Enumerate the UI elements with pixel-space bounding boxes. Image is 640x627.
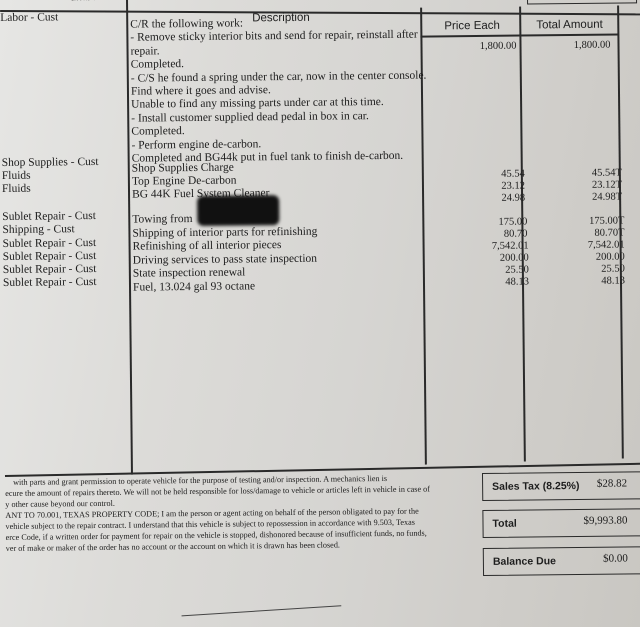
line-item-category: Sublet Repair - Cust xyxy=(2,210,96,224)
header-top-rule xyxy=(0,10,640,15)
price-each-cell: 48.13 xyxy=(443,275,529,289)
balance-due-box: Balance Due $0.00 xyxy=(483,546,640,576)
line-item-category: Shop Supplies - Cust xyxy=(2,156,99,170)
total-cell: 1,800.00 xyxy=(530,39,610,53)
number-header-fragment: umber xyxy=(70,0,101,3)
column-header-price-each: Price Each xyxy=(444,20,500,33)
price-each-cell: 24.98 xyxy=(442,192,525,206)
line-item-category: Fluids xyxy=(2,183,31,197)
line-item-category: Fluids xyxy=(2,170,31,184)
total-cell: 48.13 xyxy=(533,274,625,288)
sales-tax-value: $28.82 xyxy=(597,477,627,489)
total-cell: 24.98T xyxy=(532,190,622,204)
invoice-page: umber Due Upon Receipt Description Price… xyxy=(0,0,640,627)
line-item-description: Refinishing of all interior pieces xyxy=(133,239,282,254)
line-item-category: Sublet Repair - Cust xyxy=(3,276,97,290)
line-item-description: State inspection renewal xyxy=(133,266,246,281)
redaction-mark xyxy=(197,195,279,226)
line-item-category: Shipping - Cust xyxy=(2,223,74,237)
balance-due-value: $0.00 xyxy=(603,552,628,564)
total-label: Total xyxy=(492,518,516,530)
line-item-description: Towing from xyxy=(132,213,192,227)
line-item-category: Labor - Cust xyxy=(0,11,58,25)
column-header-total-amount: Total Amount xyxy=(536,19,603,32)
balance-due-label: Balance Due xyxy=(493,555,556,568)
labor-description-block: C/R the following work: - Remove sticky … xyxy=(130,16,427,167)
legal-disclaimer: with parts and grant permission to opera… xyxy=(5,472,476,554)
total-box: Total $9,993.80 xyxy=(482,508,640,538)
line-item-description: Fuel, 13.024 gal 93 octane xyxy=(133,280,255,295)
due-terms-box: Due Upon Receipt xyxy=(527,0,637,4)
signature-line xyxy=(182,605,342,616)
sales-tax-label: Sales Tax (8.25%) xyxy=(492,480,579,493)
price-each-cell: 1,800.00 xyxy=(440,40,516,54)
sales-tax-box: Sales Tax (8.25%) $28.82 xyxy=(482,471,640,501)
total-value: $9,993.80 xyxy=(583,514,627,526)
